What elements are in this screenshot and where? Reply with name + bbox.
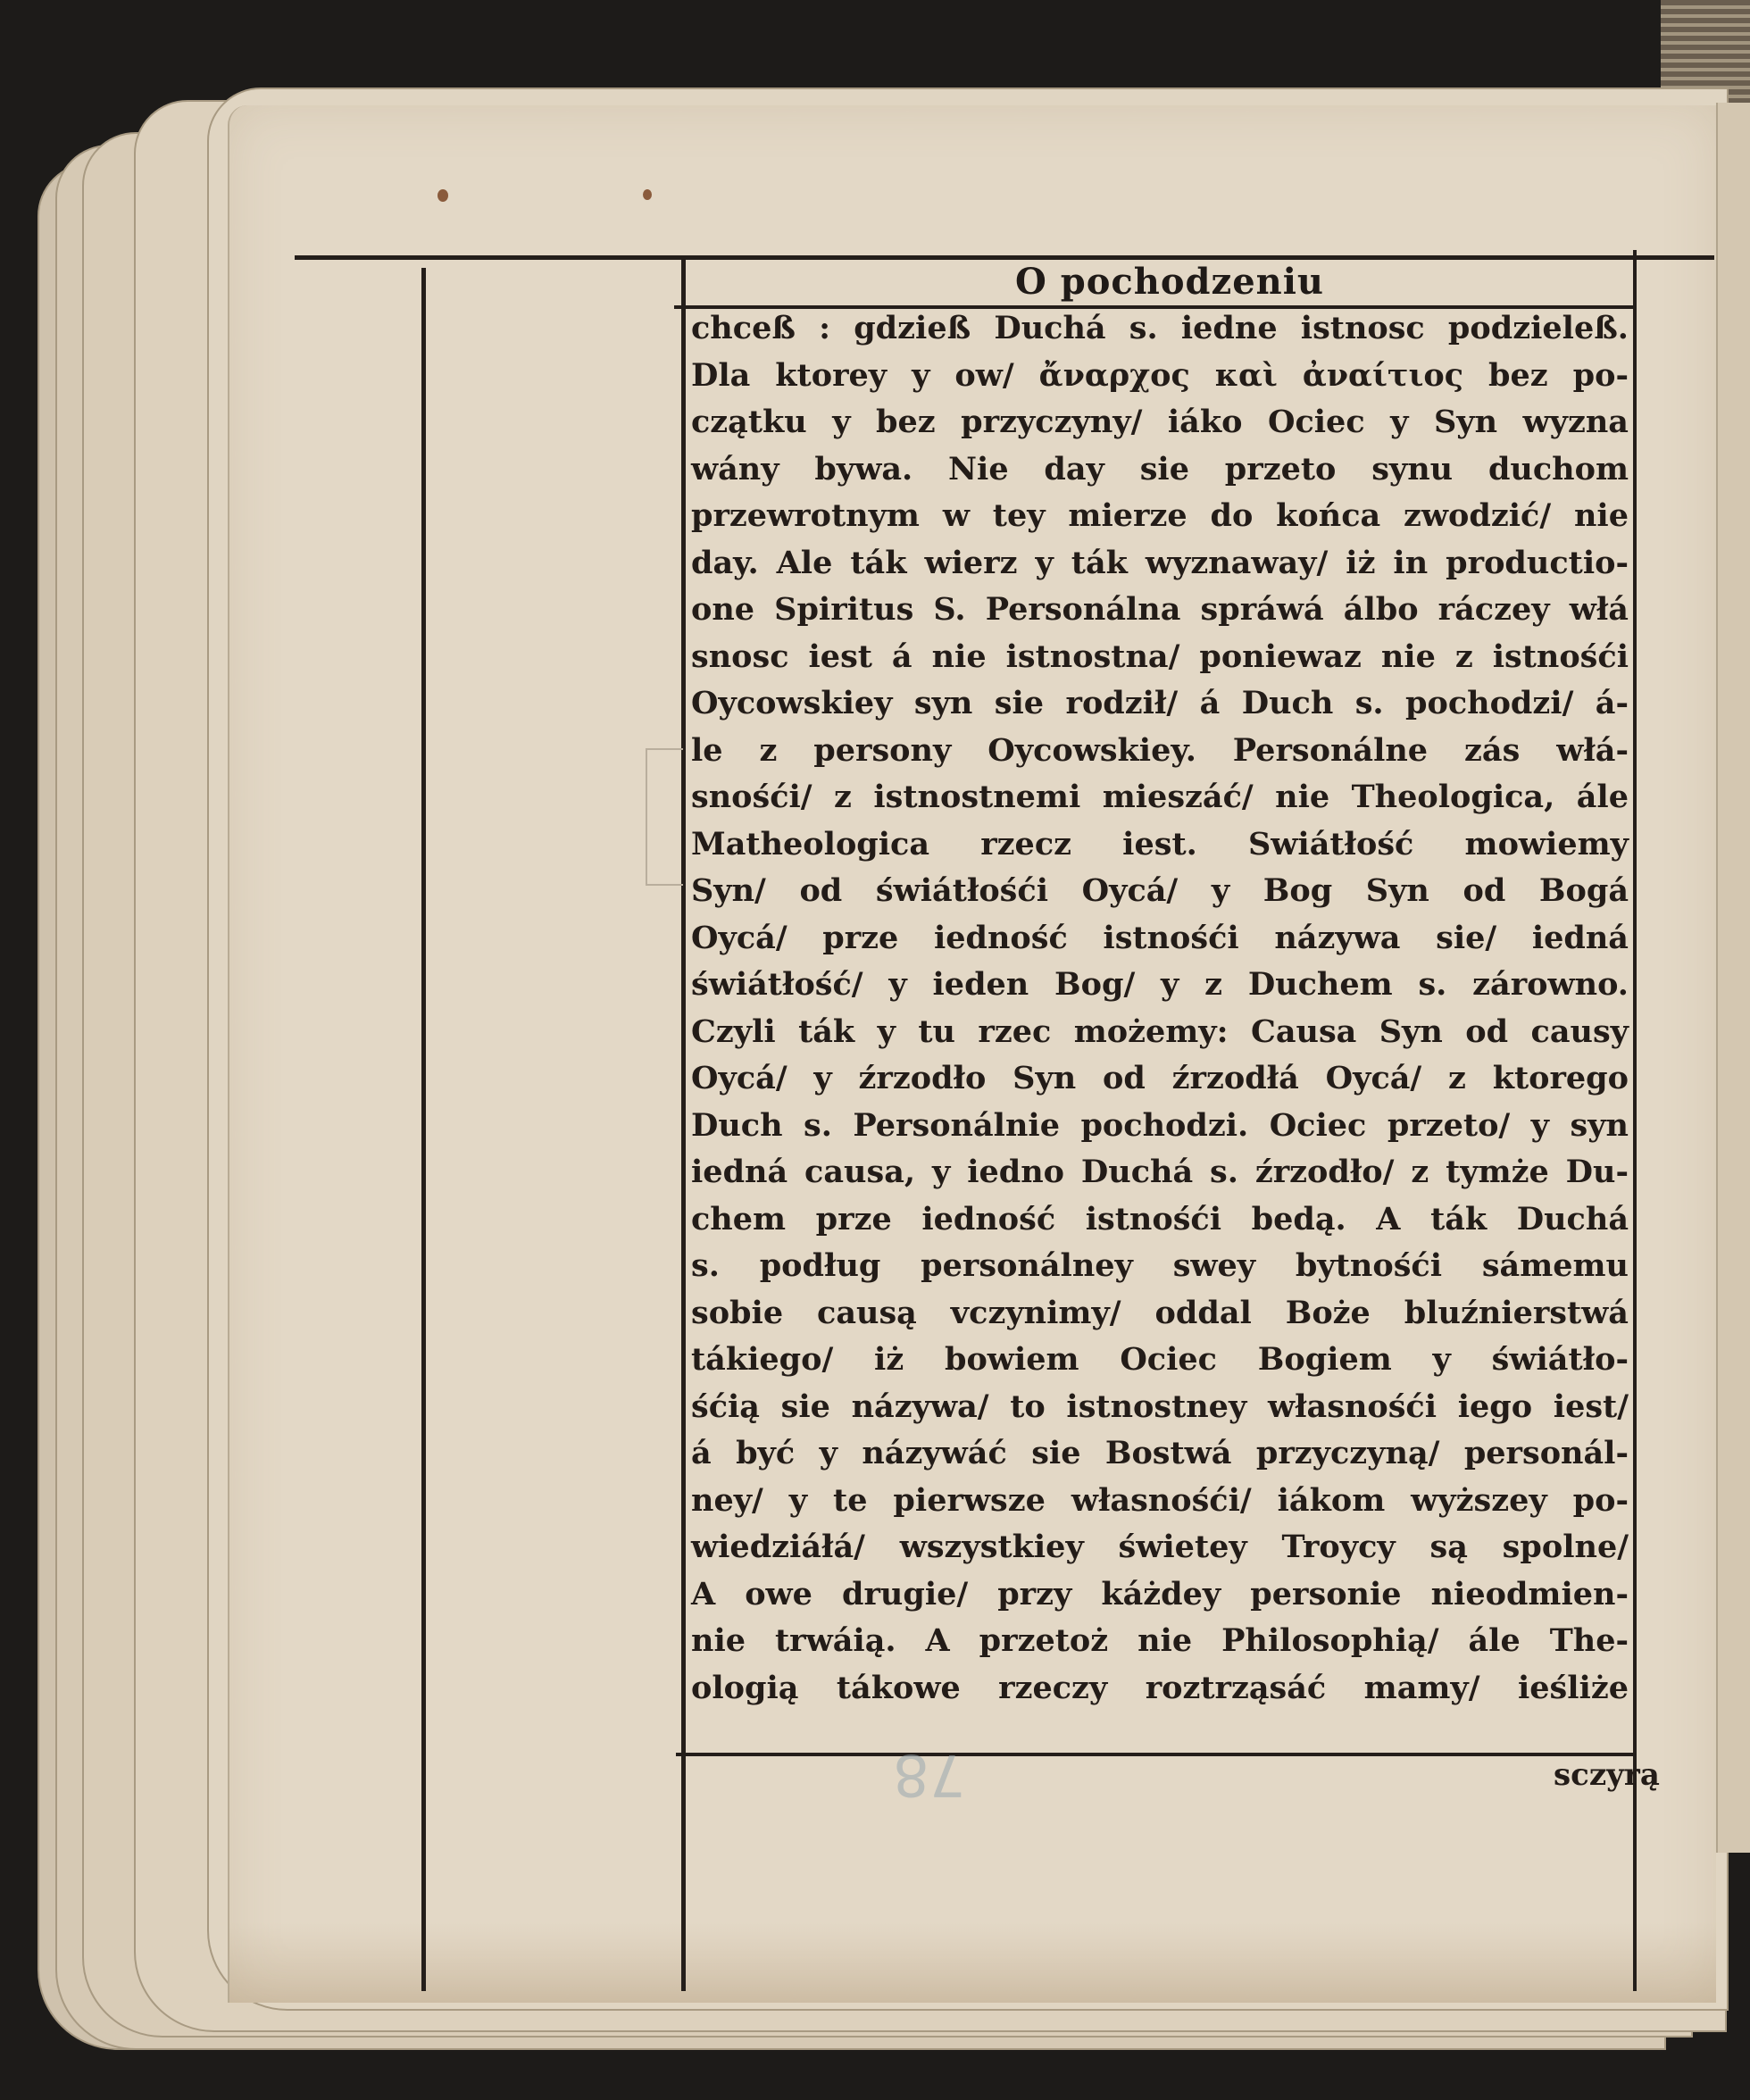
text-line: chceß : gdzieß Duchá s. iedne istnosc po… — [687, 305, 1634, 353]
text-foot-rule — [676, 1753, 1633, 1756]
facing-page-strip — [1716, 103, 1750, 1853]
text-line: Syn/ od świátłośći Oycá/ y Bog Syn od Bo… — [687, 868, 1634, 915]
text-line: Duch s. Personálnie pochodzi. Ociec prze… — [687, 1103, 1634, 1150]
text-line: á być y názywáć sie Bostwá przyczyną/ pe… — [687, 1430, 1634, 1478]
book-scan: 78 O pochodzeniu chceß : gdzieß Duchá s.… — [0, 0, 1750, 2100]
text-line: s. podług personálney swey bytnośći sáme… — [687, 1243, 1634, 1290]
text-line: A owe drugie/ przy káżdey personie nieod… — [687, 1571, 1634, 1619]
catchword: sczyrą — [1554, 1757, 1660, 1793]
margin-column-rule — [681, 259, 686, 1991]
text-line: ologią tákowe rzeczy roztrząsáć mamy/ ie… — [687, 1665, 1634, 1712]
text-line: snośći/ z istnostnemi mieszáć/ nie Theol… — [687, 774, 1634, 821]
frame-left-rule — [421, 268, 426, 1991]
running-head: O pochodzeniu — [687, 259, 1634, 305]
text-line: tákiego/ iż bowiem Ociec Bogiem y świátł… — [687, 1337, 1634, 1384]
text-line: Oycá/ prze iedność istnośći názywa sie/ … — [687, 915, 1634, 962]
text-line: świátłość/ y ieden Bog/ y z Duchem s. zá… — [687, 962, 1634, 1009]
text-line: czątku y bez przyczyny/ iáko Ociec y Syn… — [687, 399, 1634, 446]
ink-spot — [437, 189, 448, 202]
text-line: snosc iest á nie istnostna/ poniewaz nie… — [687, 634, 1634, 681]
text-line: Czyli ták y tu rzec możemy: Causa Syn od… — [687, 1009, 1634, 1056]
text-line: przewrotnym w tey mierze do końca zwodzi… — [687, 493, 1634, 540]
text-line: Oycowskiey syn sie rodził/ á Duch s. poc… — [687, 680, 1634, 728]
text-line: nie trwáią. A przetoż nie Philosophią/ á… — [687, 1618, 1634, 1665]
text-block: O pochodzeniu chceß : gdzieß Duchá s. ie… — [687, 259, 1634, 1712]
folio-number-bleed: 78 — [893, 1741, 965, 1807]
text-line: one Spiritus S. Personálna spráwá álbo r… — [687, 587, 1634, 634]
text-line: Dla ktorey y ow/ ἄναρχος καὶ ἀναίτιος be… — [687, 353, 1634, 400]
ink-spot — [643, 189, 652, 200]
text-line: Oycá/ y źrzodło Syn od źrzodłá Oycá/ z k… — [687, 1055, 1634, 1103]
text-line: chem prze iedność istnośći bedą. A ták D… — [687, 1196, 1634, 1244]
text-line: śćią sie názywa/ to istnostney własnośći… — [687, 1384, 1634, 1431]
text-line: Matheologica rzecz iest. Swiátłość mowie… — [687, 821, 1634, 869]
text-line: wiedziáłá/ wszystkiey świetey Troycy są … — [687, 1524, 1634, 1571]
text-line: wány bywa. Nie day sie przeto synu ducho… — [687, 446, 1634, 494]
text-line: iedná causa, y iedno Duchá s. źrzodło/ z… — [687, 1149, 1634, 1196]
bleed-through-bracket — [646, 748, 683, 886]
text-line: ney/ y te pierwsze własnośći/ iákom wyżs… — [687, 1478, 1634, 1525]
text-line: day. Ale ták wierz y ták wyznaway/ iż in… — [687, 540, 1634, 587]
text-line: sobie causą vczynimy/ oddal Boże bluźnie… — [687, 1290, 1634, 1337]
text-line: le z persony Oycowskiey. Personálne zás … — [687, 728, 1634, 775]
